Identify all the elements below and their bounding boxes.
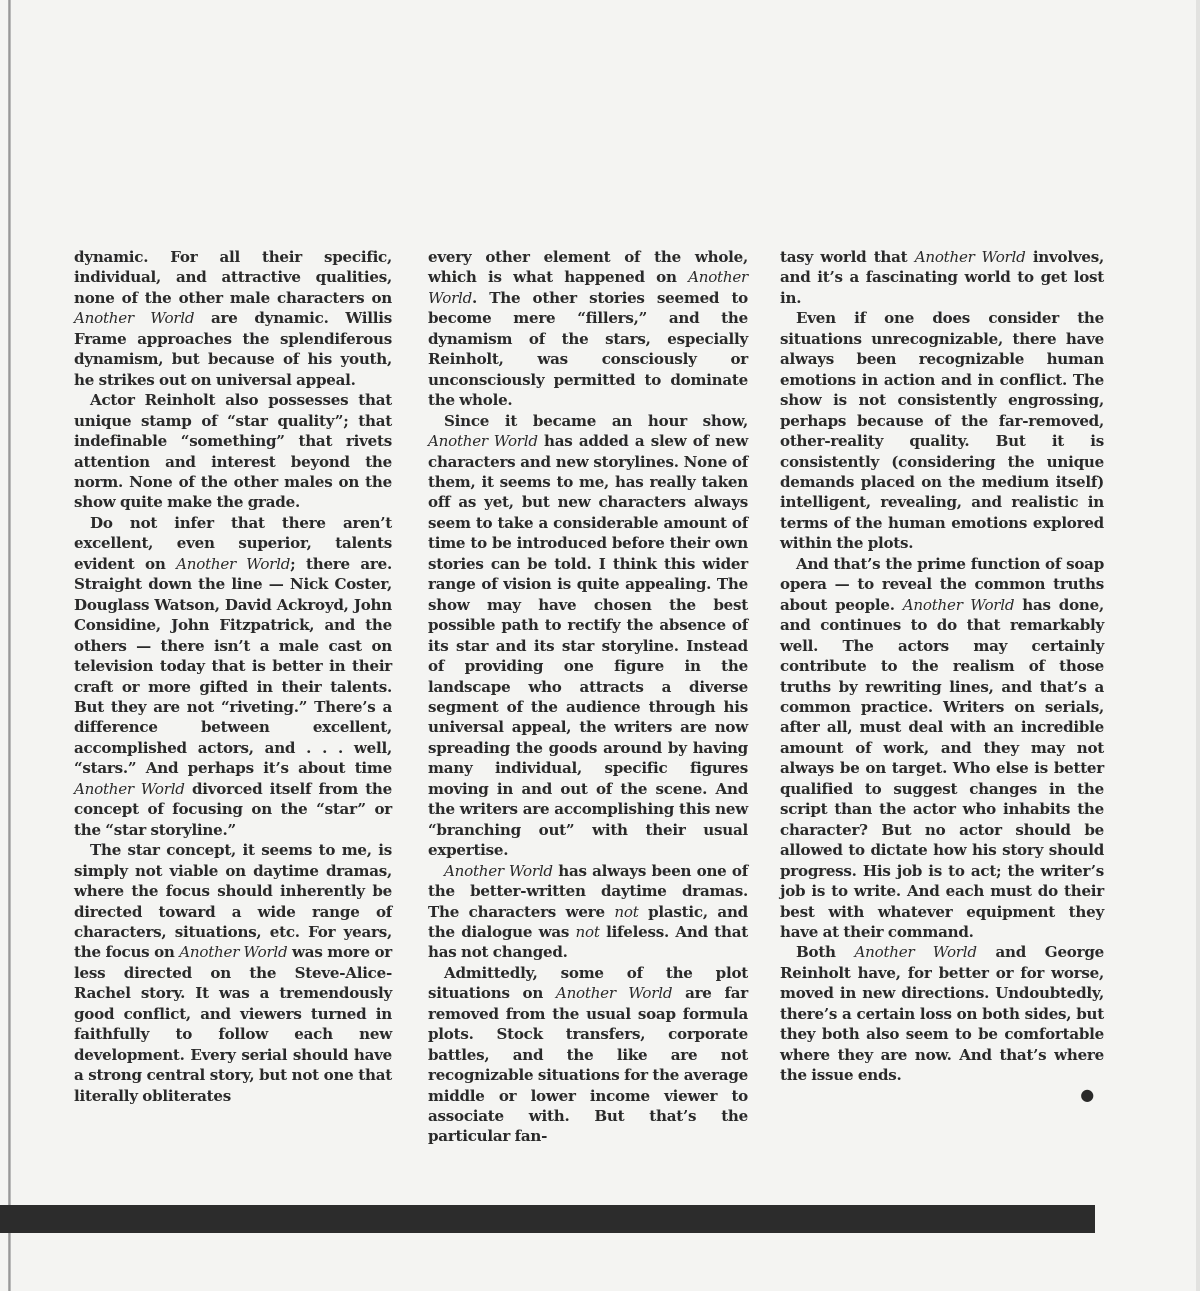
paragraph-text: has done, and continues to do that remar… [780,596,1104,941]
article-paragraph: Actor Reinholt also possesses that uniqu… [74,390,392,513]
article-paragraph: Both Another World and George Reinholt h… [780,942,1104,1085]
italic-title-text: Another World [855,943,977,961]
paragraph-text: Both [796,943,855,961]
article-paragraph: dynamic. For all their specific, individ… [74,247,392,390]
article-column-2: every other element of the whole, which … [428,247,748,1147]
article-column-3: tasy world that Another World involves, … [780,247,1104,1104]
italic-title-text: Another World [176,555,290,573]
italic-title-text: Another World [915,248,1026,266]
paragraph-text: Actor Reinholt also possesses that uniqu… [74,391,392,511]
article-paragraph: tasy world that Another World involves, … [780,247,1104,308]
footer-rule-bar [0,1205,1095,1233]
paragraph-text: tasy world that [780,248,915,266]
italic-title-text: not [614,903,638,921]
article-paragraph: And that’s the prime function of soap op… [780,554,1104,943]
italic-title-text: not [576,923,600,941]
article-paragraph: Even if one does consider the situations… [780,308,1104,553]
paragraph-text: are far removed from the usual soap form… [428,984,748,1145]
article-paragraph: Since it became an hour show, Another Wo… [428,411,748,861]
italic-title-text: Another World [74,309,194,327]
article-paragraph: Admittedly, some of the plot situations … [428,963,748,1147]
page-right-edge [1196,0,1200,1291]
article-paragraph: every other element of the whole, which … [428,247,748,411]
paragraph-text: Even if one does consider the situations… [780,309,1104,552]
paragraph-text: Since it became an hour show, [444,412,748,430]
paragraph-text: and George Reinholt have, for better or … [780,943,1104,1084]
italic-title-text: Another World [444,862,553,880]
paragraph-text: ; there are. Straight down the line — Ni… [74,555,392,778]
article-paragraph: Another World has always been one of the… [428,861,748,963]
italic-title-text: Another World [903,596,1014,614]
italic-title-text: Another World [179,943,287,961]
paragraph-text: dynamic. For all their specific, individ… [74,248,392,307]
page-spine-shadow [8,0,11,1291]
paragraph-text: has added a slew of new characters and n… [428,432,748,859]
italic-title-text: Another World [74,780,185,798]
italic-title-text: Another World [428,432,538,450]
end-of-article-bullet-icon: ● [780,1086,1104,1104]
article-paragraph: Do not infer that there aren’t excellent… [74,513,392,840]
article-column-1: dynamic. For all their specific, individ… [74,247,392,1106]
italic-title-text: Another World [556,984,672,1002]
paragraph-text: was more or less directed on the Steve-A… [74,943,392,1104]
paragraph-text: . The other stories seemed to become mer… [428,289,748,409]
article-paragraph: The star concept, it seems to me, is sim… [74,840,392,1106]
